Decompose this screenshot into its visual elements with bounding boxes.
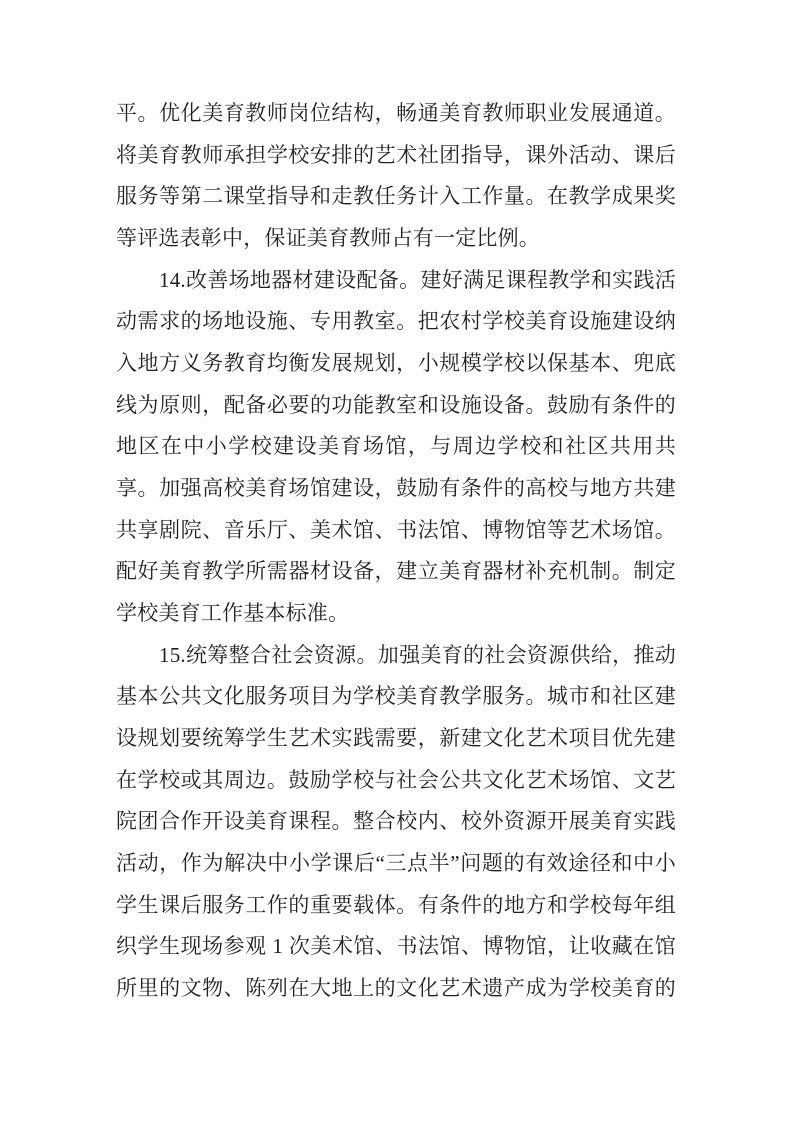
text-line: 织学生现场参观 1 次美术馆、书法馆、博物馆，让收藏在馆 [116,926,676,968]
document-page: 平。优化美育教师岗位结构，畅通美育教师职业发展通道。将美育教师承担学校安排的艺术… [0,0,793,1122]
text-line: 入地方义务教育均衡发展规划，小规模学校以保基本、兜底 [116,343,676,385]
text-line: 14.改善场地器材建设配备。建好满足课程教学和实践活 [116,260,676,302]
text-line: 基本公共文化服务项目为学校美育教学服务。城市和社区建 [116,676,676,718]
text-line: 等评选表彰中，保证美育教师占有一定比例。 [116,218,676,260]
text-line: 学校美育工作基本标准。 [116,593,676,635]
text-line: 所里的文物、陈列在大地上的文化艺术遗产成为学校美育的 [116,968,676,1010]
text-line: 配好美育教学所需器材设备，建立美育器材补充机制。制定 [116,551,676,593]
text-block: 平。优化美育教师岗位结构，畅通美育教师职业发展通道。将美育教师承担学校安排的艺术… [116,93,676,1010]
text-line: 活动，作为解决中小学课后“三点半”问题的有效途径和中小 [116,843,676,885]
text-line: 共享剧院、音乐厅、美术馆、书法馆、博物馆等艺术场馆。 [116,510,676,552]
paragraph: 平。优化美育教师岗位结构，畅通美育教师职业发展通道。将美育教师承担学校安排的艺术… [116,93,676,260]
text-line: 地区在中小学校建设美育场馆，与周边学校和社区共用共 [116,426,676,468]
text-line: 设规划要统筹学生艺术实践需要，新建文化艺术项目优先建 [116,718,676,760]
text-line: 15.统筹整合社会资源。加强美育的社会资源供给，推动 [116,635,676,677]
text-line: 学生课后服务工作的重要载体。有条件的地方和学校每年组 [116,885,676,927]
paragraph: 14.改善场地器材建设配备。建好满足课程教学和实践活动需求的场地设施、专用教室。… [116,260,676,635]
text-line: 享。加强高校美育场馆建设，鼓励有条件的高校与地方共建 [116,468,676,510]
text-line: 将美育教师承担学校安排的艺术社团指导，课外活动、课后 [116,135,676,177]
text-line: 平。优化美育教师岗位结构，畅通美育教师职业发展通道。 [116,93,676,135]
paragraph: 15.统筹整合社会资源。加强美育的社会资源供给，推动基本公共文化服务项目为学校美… [116,635,676,1010]
text-line: 在学校或其周边。鼓励学校与社会公共文化艺术场馆、文艺 [116,760,676,802]
text-line: 线为原则，配备必要的功能教室和设施设备。鼓励有条件的 [116,385,676,427]
text-line: 动需求的场地设施、专用教室。把农村学校美育设施建设纳 [116,301,676,343]
text-line: 服务等第二课堂指导和走教任务计入工作量。在教学成果奖 [116,176,676,218]
text-line: 院团合作开设美育课程。整合校内、校外资源开展美育实践 [116,801,676,843]
